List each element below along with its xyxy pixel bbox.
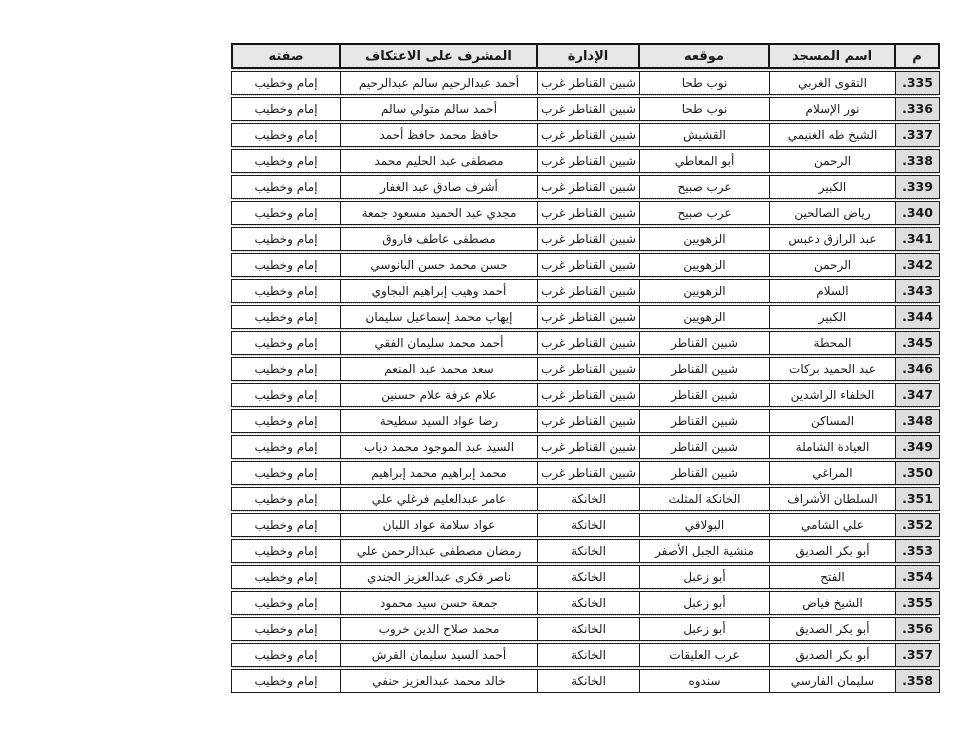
cell-row-number: 358. [895, 670, 939, 692]
cell-row-number: 344. [895, 306, 939, 328]
cell-row-number: 348. [895, 410, 939, 432]
column-header-admin: الإدارة [536, 45, 638, 67]
column-header-no: م [894, 45, 938, 67]
cell-location: شبين القناطر [639, 436, 769, 458]
cell-location: شبين القناطر [639, 462, 769, 484]
cell-administration: الخانكة [537, 670, 639, 692]
cell-role: إمام وخطيب [232, 72, 340, 94]
cell-location: عرب العليقات [639, 644, 769, 666]
cell-location: شبين القناطر [639, 410, 769, 432]
cell-administration: الخانكة [537, 488, 639, 510]
cell-location: البولاقي [639, 514, 769, 536]
table-row: 341. عبد الرازق دعبس الزهويين شبين القنا… [231, 227, 940, 251]
cell-location: الزهويين [639, 306, 769, 328]
cell-administration: شبين القناطر غرب [537, 332, 639, 354]
table-row: 352. علي الشامي البولاقي الخانكة عواد سل… [231, 513, 940, 537]
cell-supervisor-name: مصطفى عبد الحليم محمد [340, 150, 537, 172]
cell-supervisor-name: مصطفى عاطف فاروق [340, 228, 537, 250]
table-row: 335. التقوى الغربي نوب طحا شبين القناطر … [231, 71, 940, 95]
cell-administration: شبين القناطر غرب [537, 124, 639, 146]
cell-supervisor-name: ناصر فكرى عبدالعزيز الجندي [340, 566, 537, 588]
cell-location: أبو زعبل [639, 592, 769, 614]
table-row: 355. الشيخ فياض أبو زعبل الخانكة جمعة حس… [231, 591, 940, 615]
cell-row-number: 342. [895, 254, 939, 276]
cell-administration: شبين القناطر غرب [537, 254, 639, 276]
table-row: 337. الشيخ طه الغنيمي القشيش شبين القناط… [231, 123, 940, 147]
table-row: 353. أبو بكر الصديق منشية الجبل الأصفر ا… [231, 539, 940, 563]
table-row: 356. أبو بكر الصديق أبو زعبل الخانكة محم… [231, 617, 940, 641]
cell-administration: شبين القناطر غرب [537, 202, 639, 224]
itikaf-supervisors-table: م اسم المسجد موقعه الإدارة المشرف على ال… [231, 43, 940, 695]
cell-role: إمام وخطيب [232, 384, 340, 406]
cell-mosque-name: أبو بكر الصديق [769, 540, 895, 562]
cell-role: إمام وخطيب [232, 358, 340, 380]
cell-mosque-name: عبد الرازق دعبس [769, 228, 895, 250]
cell-role: إمام وخطيب [232, 670, 340, 692]
cell-location: الزهويين [639, 228, 769, 250]
cell-supervisor-name: عواد سلامة عواد اللبان [340, 514, 537, 536]
table-row: 348. المساكن شبين القناطر شبين القناطر غ… [231, 409, 940, 433]
cell-mosque-name: السلام [769, 280, 895, 302]
cell-row-number: 338. [895, 150, 939, 172]
cell-location: أبو المعاطي [639, 150, 769, 172]
table-row: 340. رياض الصالحين عرب صبيح شبين القناطر… [231, 201, 940, 225]
cell-administration: شبين القناطر غرب [537, 72, 639, 94]
cell-supervisor-name: سعد محمد عبد المنعم [340, 358, 537, 380]
column-header-mosque: اسم المسجد [768, 45, 894, 67]
cell-supervisor-name: إيهاب محمد إسماعيل سليمان [340, 306, 537, 328]
cell-role: إمام وخطيب [232, 514, 340, 536]
cell-mosque-name: الرحمن [769, 254, 895, 276]
cell-mosque-name: السلطان الأشراف [769, 488, 895, 510]
cell-row-number: 343. [895, 280, 939, 302]
cell-mosque-name: عبد الحميد بركات [769, 358, 895, 380]
cell-role: إمام وخطيب [232, 150, 340, 172]
cell-role: إمام وخطيب [232, 254, 340, 276]
cell-supervisor-name: أشرف صادق عبد الغفار [340, 176, 537, 198]
cell-row-number: 347. [895, 384, 939, 406]
cell-administration: شبين القناطر غرب [537, 306, 639, 328]
cell-row-number: 349. [895, 436, 939, 458]
cell-location: القشيش [639, 124, 769, 146]
cell-location: منشية الجبل الأصفر [639, 540, 769, 562]
cell-supervisor-name: حافظ محمد حافظ أحمد [340, 124, 537, 146]
cell-location: شبين القناطر [639, 332, 769, 354]
cell-role: إمام وخطيب [232, 280, 340, 302]
column-header-supervisor: المشرف على الاعتكاف [339, 45, 536, 67]
cell-row-number: 357. [895, 644, 939, 666]
table-row: 345. المحطة شبين القناطر شبين القناطر غر… [231, 331, 940, 355]
cell-administration: الخانكة [537, 592, 639, 614]
cell-row-number: 350. [895, 462, 939, 484]
cell-row-number: 340. [895, 202, 939, 224]
cell-mosque-name: الشيخ فياض [769, 592, 895, 614]
cell-mosque-name: أبو بكر الصديق [769, 644, 895, 666]
column-header-role: صفته [233, 45, 339, 67]
cell-mosque-name: التقوى الغربي [769, 72, 895, 94]
cell-mosque-name: أبو بكر الصديق [769, 618, 895, 640]
table-row: 349. العيادة الشاملة شبين القناطر شبين ا… [231, 435, 940, 459]
cell-mosque-name: سليمان الفارسي [769, 670, 895, 692]
cell-administration: شبين القناطر غرب [537, 358, 639, 380]
cell-location: شبين القناطر [639, 384, 769, 406]
cell-row-number: 355. [895, 592, 939, 614]
table-row: 339. الكبير عرب صبيح شبين القناطر غرب أش… [231, 175, 940, 199]
cell-administration: شبين القناطر غرب [537, 280, 639, 302]
cell-mosque-name: رياض الصالحين [769, 202, 895, 224]
cell-administration: شبين القناطر غرب [537, 410, 639, 432]
table-row: 336. نور الإسلام نوب طحا شبين القناطر غر… [231, 97, 940, 121]
cell-row-number: 336. [895, 98, 939, 120]
cell-mosque-name: المساكن [769, 410, 895, 432]
cell-supervisor-name: خالد محمد عبدالعزيز حنفي [340, 670, 537, 692]
cell-supervisor-name: أحمد وهيب إبراهيم البجاوي [340, 280, 537, 302]
table-row: 338. الرحمن أبو المعاطي شبين القناطر غرب… [231, 149, 940, 173]
cell-mosque-name: الكبير [769, 306, 895, 328]
cell-mosque-name: علي الشامي [769, 514, 895, 536]
cell-row-number: 353. [895, 540, 939, 562]
table-row: 358. سليمان الفارسي سندوه الخانكة خالد م… [231, 669, 940, 693]
table-row: 343. السلام الزهويين شبين القناطر غرب أح… [231, 279, 940, 303]
table-row: 351. السلطان الأشراف الخانكة المثلث الخا… [231, 487, 940, 511]
cell-supervisor-name: حسن محمد حسن البانوسي [340, 254, 537, 276]
cell-role: إمام وخطيب [232, 566, 340, 588]
cell-role: إمام وخطيب [232, 488, 340, 510]
cell-row-number: 352. [895, 514, 939, 536]
cell-supervisor-name: محمد صلاح الدين خروب [340, 618, 537, 640]
column-header-location: موقعه [638, 45, 768, 67]
scanned-document-page: م اسم المسجد موقعه الإدارة المشرف على ال… [0, 0, 960, 742]
cell-mosque-name: الرحمن [769, 150, 895, 172]
cell-location: عرب صبيح [639, 202, 769, 224]
cell-location: أبو زعبل [639, 566, 769, 588]
cell-row-number: 337. [895, 124, 939, 146]
cell-administration: شبين القناطر غرب [537, 176, 639, 198]
cell-administration: الخانكة [537, 566, 639, 588]
cell-administration: الخانكة [537, 618, 639, 640]
cell-location: نوب طحا [639, 72, 769, 94]
cell-supervisor-name: علام عرفة علام حسنين [340, 384, 537, 406]
cell-mosque-name: نور الإسلام [769, 98, 895, 120]
cell-supervisor-name: أحمد محمد سليمان الفقي [340, 332, 537, 354]
cell-role: إمام وخطيب [232, 540, 340, 562]
cell-mosque-name: الفتح [769, 566, 895, 588]
cell-row-number: 356. [895, 618, 939, 640]
table-row: 344. الكبير الزهويين شبين القناطر غرب إي… [231, 305, 940, 329]
table-row: 347. الخلفاء الراشدين شبين القناطر شبين … [231, 383, 940, 407]
cell-supervisor-name: محمد إبراهيم محمد إبراهيم [340, 462, 537, 484]
cell-role: إمام وخطيب [232, 644, 340, 666]
cell-row-number: 354. [895, 566, 939, 588]
cell-supervisor-name: أحمد عبدالرحيم سالم عبدالرحيم [340, 72, 537, 94]
cell-administration: الخانكة [537, 644, 639, 666]
cell-row-number: 346. [895, 358, 939, 380]
cell-administration: شبين القناطر غرب [537, 436, 639, 458]
cell-mosque-name: المحطة [769, 332, 895, 354]
table-header-row: م اسم المسجد موقعه الإدارة المشرف على ال… [231, 43, 940, 69]
cell-role: إمام وخطيب [232, 618, 340, 640]
cell-role: إمام وخطيب [232, 410, 340, 432]
cell-supervisor-name: جمعة حسن سيد محمود [340, 592, 537, 614]
cell-location: أبو زعبل [639, 618, 769, 640]
cell-role: إمام وخطيب [232, 306, 340, 328]
cell-supervisor-name: أحمد السيد سليمان القرش [340, 644, 537, 666]
cell-mosque-name: الخلفاء الراشدين [769, 384, 895, 406]
cell-role: إمام وخطيب [232, 176, 340, 198]
cell-mosque-name: المراغي [769, 462, 895, 484]
cell-location: الخانكة المثلث [639, 488, 769, 510]
cell-mosque-name: الكبير [769, 176, 895, 198]
cell-row-number: 345. [895, 332, 939, 354]
table-row: 357. أبو بكر الصديق عرب العليقات الخانكة… [231, 643, 940, 667]
cell-supervisor-name: أحمد سالم متولي سالم [340, 98, 537, 120]
cell-supervisor-name: رمضان مصطفى عبدالرحمن علي [340, 540, 537, 562]
cell-location: نوب طحا [639, 98, 769, 120]
cell-supervisor-name: السيد عبد الموجود محمد دياب [340, 436, 537, 458]
cell-role: إمام وخطيب [232, 124, 340, 146]
cell-administration: شبين القناطر غرب [537, 98, 639, 120]
cell-administration: شبين القناطر غرب [537, 150, 639, 172]
table-row: 354. الفتح أبو زعبل الخانكة ناصر فكرى عب… [231, 565, 940, 589]
cell-location: سندوه [639, 670, 769, 692]
cell-administration: شبين القناطر غرب [537, 384, 639, 406]
cell-location: الزهويين [639, 280, 769, 302]
cell-supervisor-name: عامر عبدالعليم فرغلي علي [340, 488, 537, 510]
cell-role: إمام وخطيب [232, 462, 340, 484]
cell-row-number: 341. [895, 228, 939, 250]
cell-role: إمام وخطيب [232, 202, 340, 224]
cell-location: الزهويين [639, 254, 769, 276]
cell-administration: شبين القناطر غرب [537, 228, 639, 250]
cell-administration: الخانكة [537, 514, 639, 536]
cell-role: إمام وخطيب [232, 98, 340, 120]
cell-mosque-name: العيادة الشاملة [769, 436, 895, 458]
cell-location: شبين القناطر [639, 358, 769, 380]
cell-row-number: 339. [895, 176, 939, 198]
cell-role: إمام وخطيب [232, 436, 340, 458]
table-row: 342. الرحمن الزهويين شبين القناطر غرب حس… [231, 253, 940, 277]
cell-supervisor-name: رضا عواد السيد سطيحة [340, 410, 537, 432]
cell-role: إمام وخطيب [232, 592, 340, 614]
cell-row-number: 351. [895, 488, 939, 510]
cell-supervisor-name: مجدي عبد الحميد مسعود جمعة [340, 202, 537, 224]
cell-row-number: 335. [895, 72, 939, 94]
cell-administration: الخانكة [537, 540, 639, 562]
cell-administration: شبين القناطر غرب [537, 462, 639, 484]
cell-mosque-name: الشيخ طه الغنيمي [769, 124, 895, 146]
table-row: 346. عبد الحميد بركات شبين القناطر شبين … [231, 357, 940, 381]
table-row: 350. المراغي شبين القناطر شبين القناطر غ… [231, 461, 940, 485]
cell-role: إمام وخطيب [232, 332, 340, 354]
cell-location: عرب صبيح [639, 176, 769, 198]
cell-role: إمام وخطيب [232, 228, 340, 250]
